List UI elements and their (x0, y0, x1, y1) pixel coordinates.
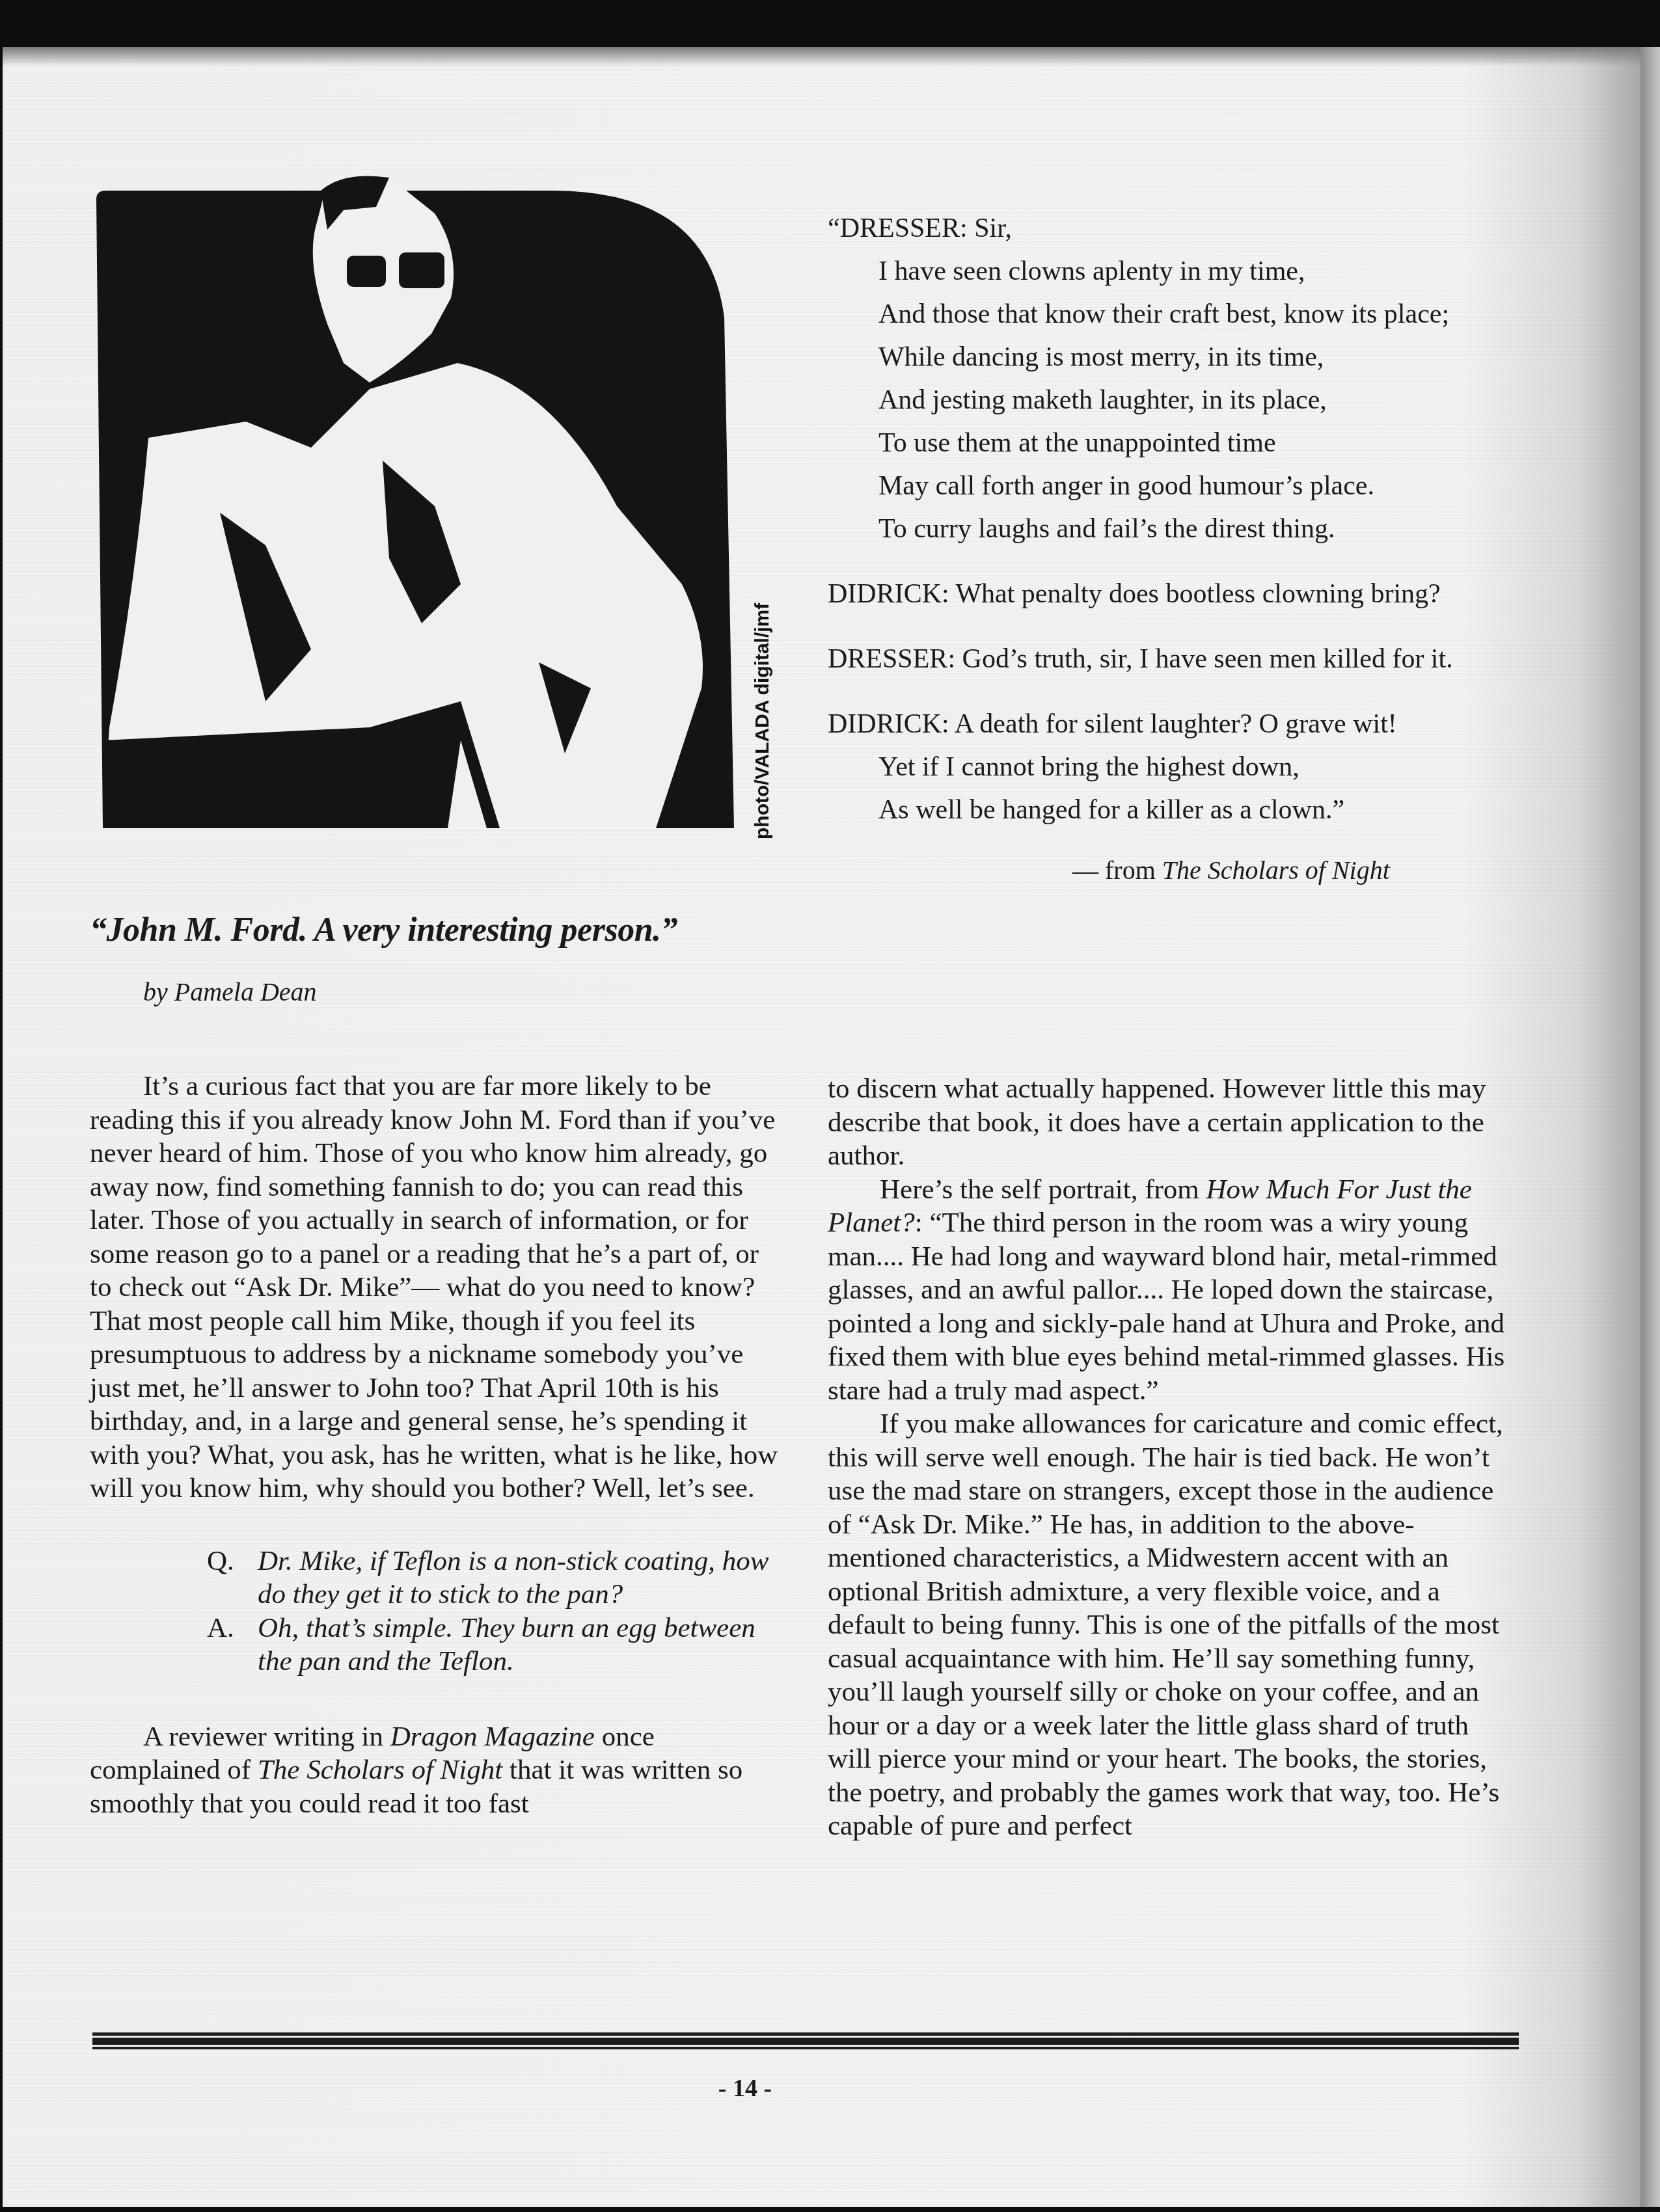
answer: A. Oh, that’s simple. They burn an egg b… (207, 1612, 780, 1679)
verse-didrick-2: DIDRICK: A death for silent laughter? O … (828, 703, 1517, 831)
qa-block: Q. Dr. Mike, if Teflon is a non-stick co… (207, 1544, 780, 1679)
verse-line: “DRESSER: Sir, (828, 207, 1517, 250)
photo-credit: photo/VALADA digital/jmf (752, 603, 774, 839)
book-title: The Scholars of Night (1162, 856, 1390, 885)
paragraph: If you make allowances for caricature an… (828, 1407, 1517, 1843)
article-left-column: “John M. Ford. A very interesting person… (90, 911, 780, 1820)
author-photo (96, 168, 741, 831)
paragraph: to discern what actually happened. Howev… (828, 1072, 1517, 1173)
byline: by Pamela Dean (143, 977, 780, 1007)
verse-line: I have seen clowns aplenty in my time, (828, 250, 1517, 293)
verse-line: And those that know their craft best, kn… (828, 293, 1517, 336)
portrait-photo-icon (96, 168, 741, 831)
magazine-title: Dragon Magazine (390, 1721, 595, 1752)
verse-stanza-1: “DRESSER: Sir, I have seen clowns aplent… (828, 207, 1517, 550)
verse-line: DIDRICK: A death for silent laughter? O … (828, 703, 1517, 746)
spine-shadow (1640, 47, 1660, 2207)
verse-line: Yet if I cannot bring the highest down, (828, 746, 1517, 789)
article-right-column: to discern what actually happened. Howev… (828, 1072, 1517, 1843)
footer-rule (92, 2032, 1519, 2052)
page-number: - 14 - (706, 2074, 784, 2103)
verse-line: As well be hanged for a killer as a clow… (828, 789, 1517, 831)
paragraph: Here’s the self portrait, from How Much … (828, 1173, 1517, 1408)
verse-dresser-2: DRESSER: God’s truth, sir, I have seen m… (828, 638, 1517, 681)
page-top-shadow (3, 47, 1660, 66)
verse-line: May call forth anger in good humour’s pl… (828, 465, 1517, 507)
article-title: “John M. Ford. A very interesting person… (90, 911, 780, 949)
paragraph: A reviewer writing in Dragon Magazine on… (90, 1720, 780, 1821)
paragraph: It’s a curious fact that you are far mor… (90, 1070, 780, 1505)
question: Q. Dr. Mike, if Teflon is a non-stick co… (207, 1544, 780, 1612)
verse-attribution: — from The Scholars of Night (1072, 855, 1517, 885)
verse-line: To use them at the unappointed time (828, 422, 1517, 465)
verse-line: To curry laughs and fail’s the direst th… (828, 507, 1517, 550)
verse-line: While dancing is most merry, in its time… (828, 336, 1517, 379)
verse-didrick-1: DIDRICK: What penalty does bootless clow… (828, 573, 1517, 615)
book-title: The Scholars of Night (258, 1755, 502, 1785)
verse-quote: “DRESSER: Sir, I have seen clowns aplent… (828, 207, 1517, 885)
verse-line: And jesting maketh laughter, in its plac… (828, 379, 1517, 422)
